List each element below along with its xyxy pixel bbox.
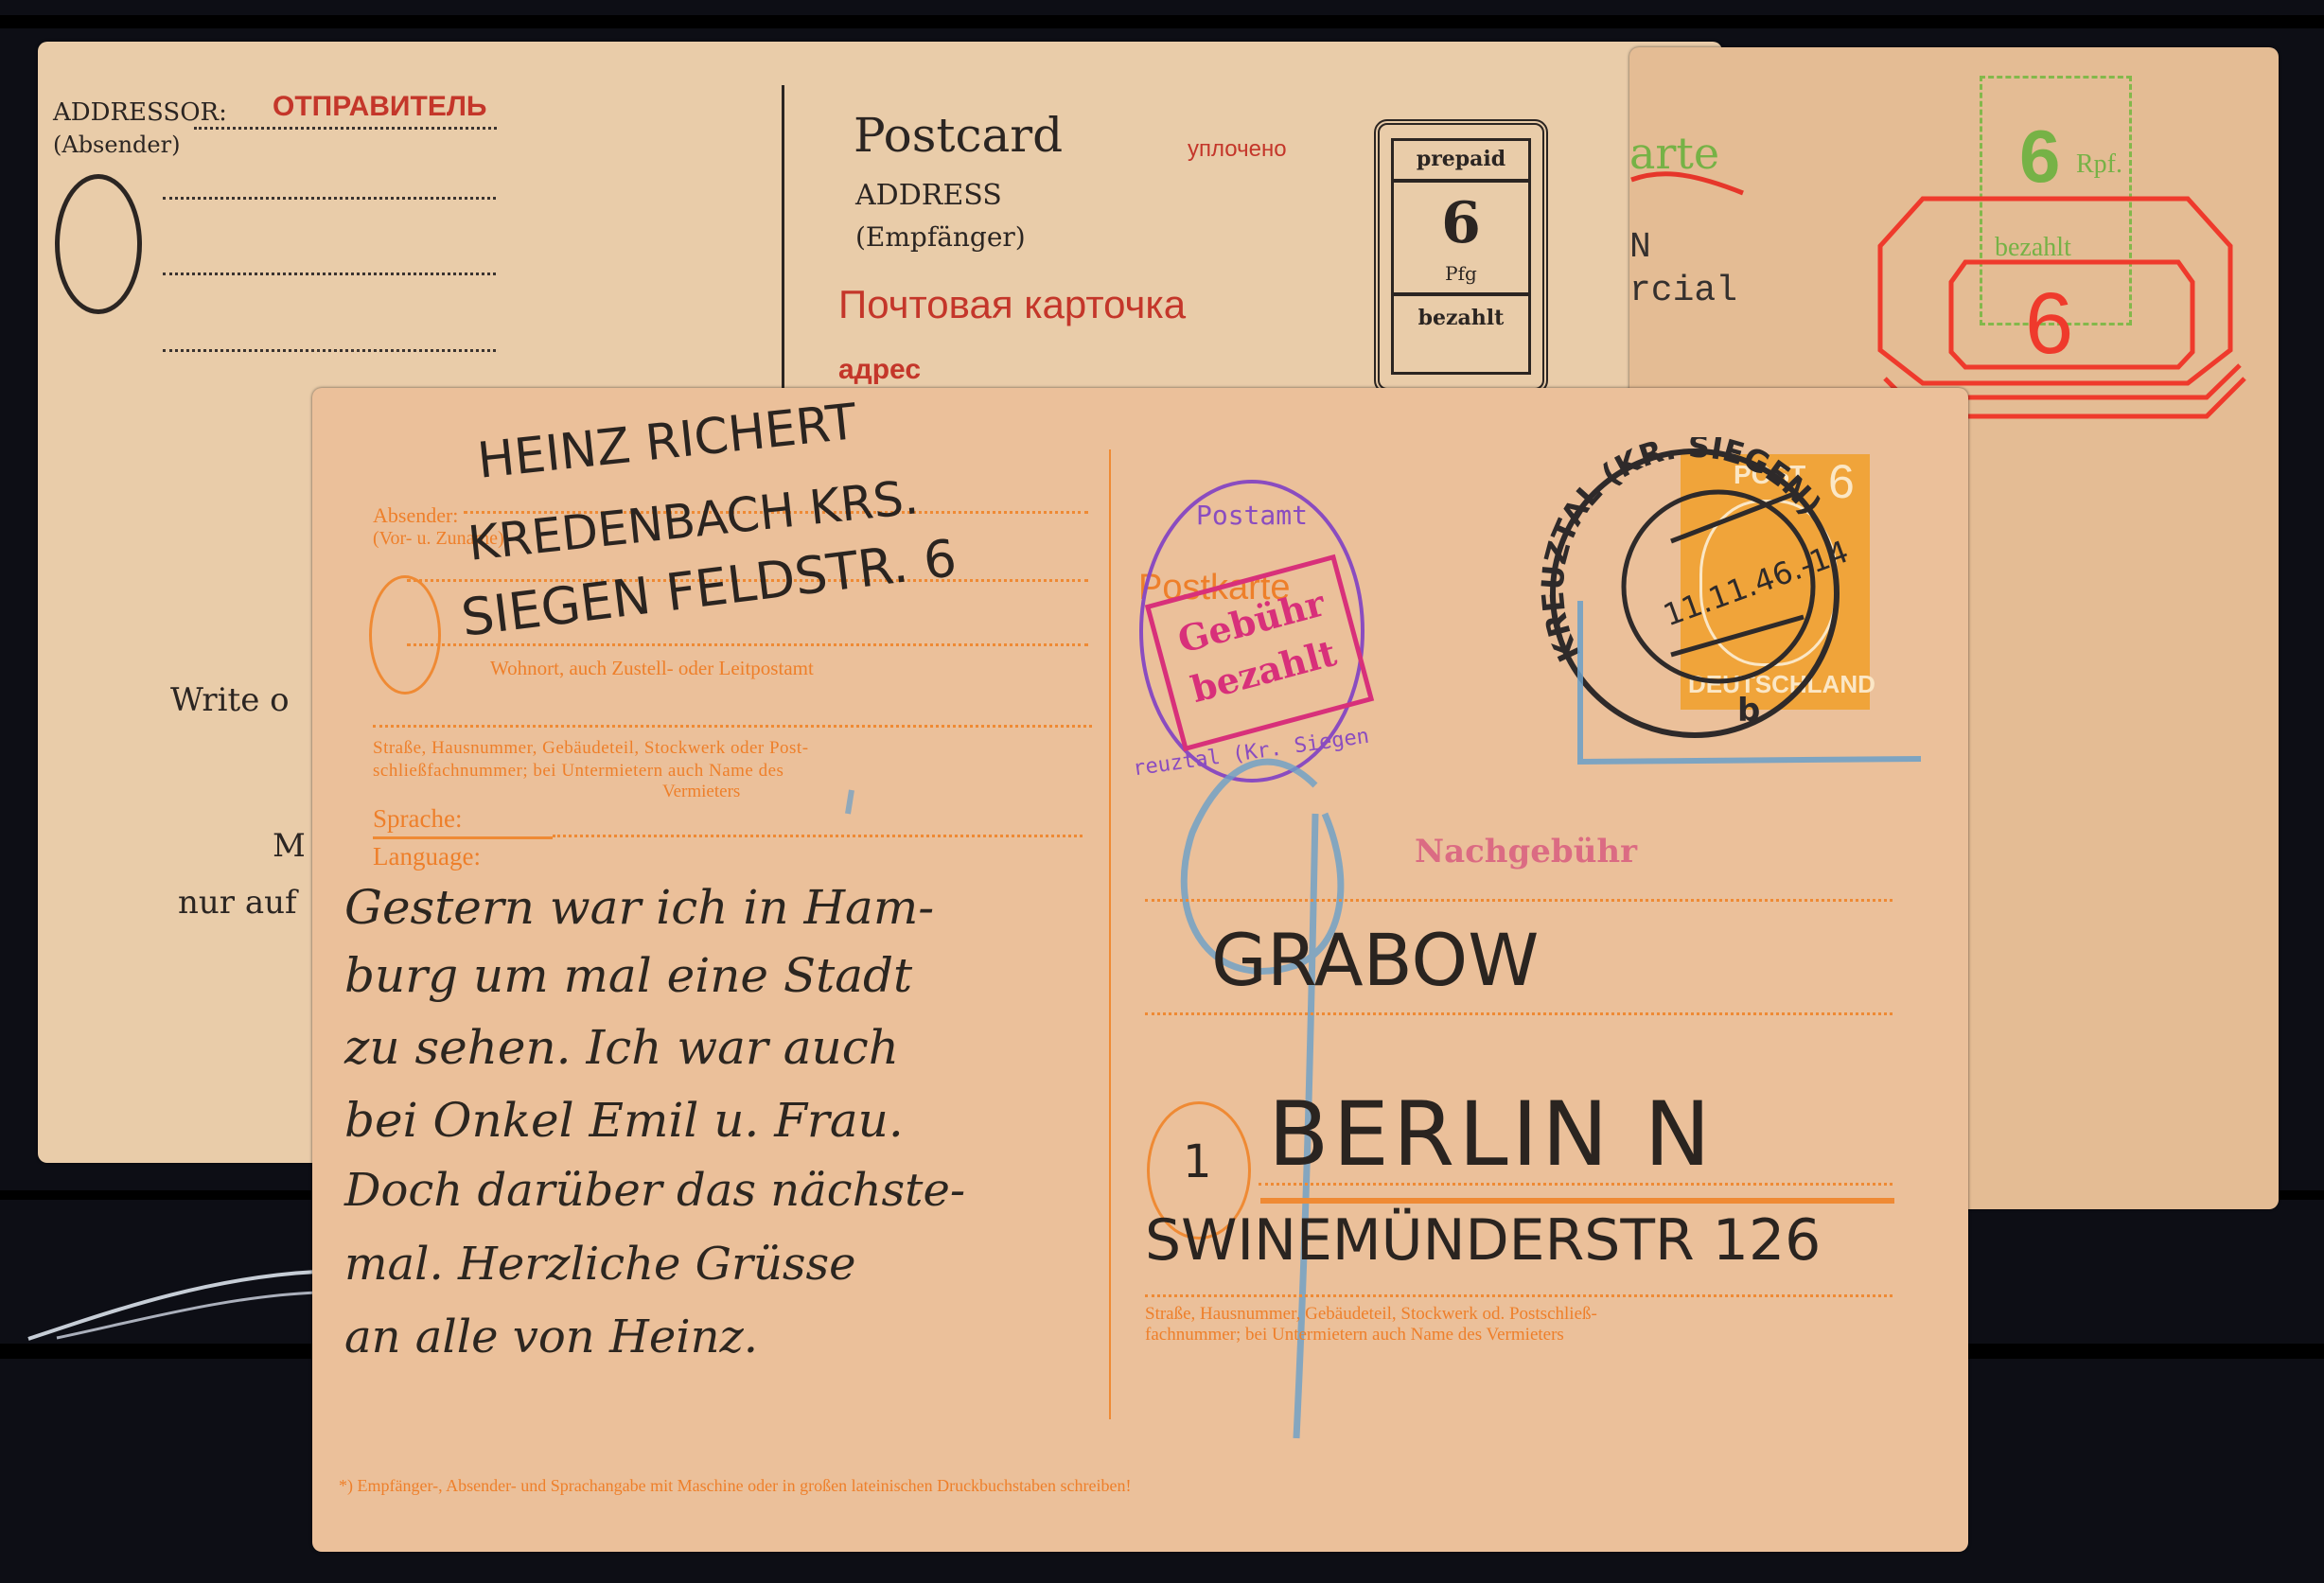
stamp-bezahlt: bezahlt <box>1394 306 1528 330</box>
red-underline-mark <box>1629 161 1762 199</box>
recipient-line <box>1145 1012 1893 1015</box>
recipient-city: BERLIN N <box>1268 1083 1715 1187</box>
stamp-value: 6 <box>1394 190 1528 256</box>
russian-title: Почтовая карточка <box>838 282 1186 327</box>
typed-line-1: N <box>1629 227 1651 268</box>
recipient-line <box>1145 899 1893 902</box>
divider-line <box>782 85 784 416</box>
addressor-russian: ОТПРАВИТЕЛЬ <box>273 91 486 123</box>
address-line <box>163 349 496 352</box>
indicium-unit: Rpf. <box>2076 150 2122 180</box>
recipient-name: GRABOW <box>1211 918 1539 1002</box>
absender-label: (Absender) <box>53 132 180 158</box>
recipient-line <box>1145 1294 1893 1297</box>
prepaid-stamp: prepaid 6 Pfg bezahlt <box>1374 119 1548 394</box>
nachgebuehr-stamp: Nachgebühr <box>1415 833 1637 871</box>
indicium-value: 6 <box>2019 114 2060 200</box>
city-underline <box>1260 1198 1894 1204</box>
nur-auf-text: nur auf <box>178 884 297 922</box>
postmark-circle <box>55 174 142 314</box>
m-text: M <box>273 827 306 865</box>
russian-address: адрес <box>838 354 921 386</box>
address-line <box>163 197 496 200</box>
stamp-prepaid: prepaid <box>1394 147 1528 171</box>
meter-value: 6 <box>2025 274 2073 374</box>
address-label: ADDRESS <box>855 179 1002 212</box>
recipient-footer-1: Straße, Hausnummer, Gebäudeteil, Stockwe… <box>1145 1304 1597 1325</box>
addressor-line <box>194 127 497 130</box>
stamp-unit: Pfg <box>1394 262 1528 285</box>
blue-pencil-marks <box>312 388 1968 1552</box>
empfaenger-label: (Empfänger) <box>855 221 1026 253</box>
addressor-label: ADDRESSOR: <box>53 98 227 127</box>
postcard-title: Postcard <box>854 108 1063 163</box>
recipient-street: SWINEMÜNDERSTR 126 <box>1145 1207 1821 1274</box>
glare-reflection <box>0 1258 322 1344</box>
russian-paid: уплочено <box>1188 136 1287 163</box>
recipient-line <box>1259 1183 1893 1186</box>
typed-line-2: rcial <box>1629 271 1737 311</box>
stock-strip <box>0 15 2324 28</box>
recipient-footer-2: fachnummer; bei Untermietern auch Name d… <box>1145 1325 1564 1346</box>
bottom-note: *) Empfänger-, Absender- und Sprachangab… <box>339 1476 1132 1496</box>
postcard-front: Absender: (Vor- u. Zuname) Wohnort, auch… <box>312 388 1968 1552</box>
address-line <box>163 273 496 275</box>
write-text: Write o <box>170 681 290 719</box>
postal-district: 1 <box>1183 1135 1212 1188</box>
